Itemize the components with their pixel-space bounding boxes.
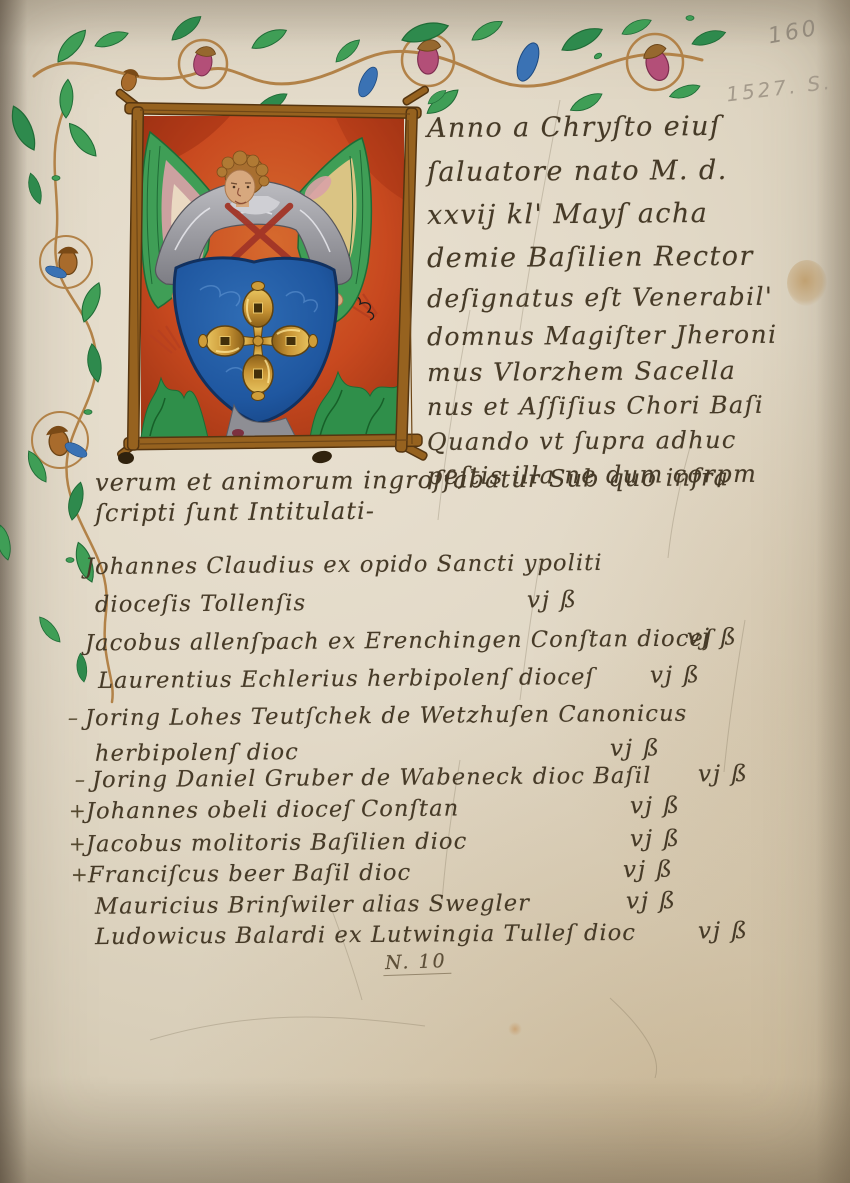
pink-bud-icon (641, 42, 675, 83)
pink-bud-icon (418, 40, 441, 74)
entry-text: dioceſis Tollenſis (95, 590, 306, 618)
entry-line: Laurentius Echlerius herbipolenſ dioceſ … (98, 664, 595, 694)
entry-text: Laurentius Echlerius herbipolenſ dioceſ (98, 664, 595, 694)
entry-text: Joring Daniel Gruber de Wabeneck dioc Ba… (92, 763, 652, 793)
heading-line: xxvij kl' Mayſ acha (427, 198, 708, 231)
fee-amount: vj ß (527, 587, 578, 613)
blue-flower-icon (513, 40, 544, 84)
entry-line: Ludowicus Balardi ex Lutwingia Tulleſ di… (95, 920, 636, 950)
floral-border-top (34, 13, 727, 118)
fee-amount: vj ß (630, 793, 681, 819)
entry-line: + Jacobus molitoris Baſilien dioc vj ß (86, 829, 468, 858)
heading-line: domnus Magiſter Jheroni (427, 320, 778, 351)
entry-text: Jacobus allenſpach ex Erenchingen Conſta… (85, 626, 714, 657)
heading-line: Anno a Chryſto eiuſ (427, 111, 721, 144)
heading-line: nus et Aſſiſius Chori Baſi (427, 391, 764, 421)
heading-line: ſaluatore nato M. d. (427, 155, 728, 188)
marginal-mark: – (75, 767, 86, 791)
entry-text: Ludowicus Balardi ex Lutwingia Tulleſ di… (95, 920, 636, 950)
fee-amount: vj ß (698, 918, 749, 944)
blue-flower-icon (355, 64, 382, 99)
entry-line: + Johannes obeli dioceſ Conſtan vj ß (86, 796, 459, 825)
entry-text: Joring Lohes Teutſchek de Wetzhuſen Cano… (85, 701, 688, 732)
marginal-cross: + (69, 798, 87, 822)
entry-line: dioceſis Tollenſis vj ß (95, 590, 306, 618)
heading-line: Quando vt ſupra adhuc (427, 426, 737, 456)
fee-amount: vj ß (626, 888, 677, 914)
heading-line: deſignatus eſt Venerabil' (427, 282, 773, 313)
fee-amount: vj ß (698, 761, 749, 787)
pink-bud-icon (192, 45, 217, 78)
entry-line: Mauricius Brinſwiler alias Swegler vj ß (95, 890, 530, 919)
entry-text: herbipolenſ dioc (95, 739, 299, 767)
vine-leaves (0, 79, 107, 682)
fee-amount: vj ß (650, 662, 701, 688)
entry-line: + Franciſcus beer Baſil dioc vj ß (88, 860, 412, 889)
fee-amount: vj ß (610, 735, 661, 761)
entry-text: Johannes Claudius ex opido Sancti ypolit… (85, 550, 603, 580)
entry-line: Jacobus allenſpach ex Erenchingen Conſta… (85, 626, 714, 657)
marginal-cross: + (69, 831, 87, 855)
entry-line: – Joring Daniel Gruber de Wabeneck dioc … (92, 763, 652, 793)
entry-text: Mauricius Brinſwiler alias Swegler (95, 890, 530, 919)
miniature (115, 85, 429, 464)
entry-line: Johannes Claudius ex opido Sancti ypolit… (85, 550, 603, 580)
vine-leaves (51, 13, 727, 118)
heading-line: demie Baſilien Rector (427, 241, 754, 274)
quire-mark: N. 10 (383, 950, 451, 976)
entry-line: – Joring Lohes Teutſchek de Wetzhuſen Ca… (85, 701, 688, 732)
entry-line: herbipolenſ dioc vj ß (95, 739, 299, 767)
fee-amount: vj ß (630, 826, 681, 852)
marginal-mark: – (68, 705, 79, 729)
intro-line: verum et animorum ingroſſabatur Sub quo … (95, 463, 729, 497)
entry-text: Franciſcus beer Baſil dioc (88, 860, 412, 889)
fee-amount: vj ß (623, 857, 674, 883)
fee-amount: vj ß (687, 624, 738, 650)
heading-line: mus Vlorzhem Sacella (427, 356, 736, 387)
entry-text: Johannes obeli dioceſ Conſtan (86, 796, 459, 825)
manuscript-page: 160 1527. S. Anno a Chryſto eiuſ ſaluato… (0, 0, 850, 1183)
marginal-cross: + (71, 862, 89, 886)
intro-line: ſcripti ſunt Intitulati- (95, 497, 375, 527)
entry-text: Jacobus molitoris Baſilien dioc (86, 829, 468, 858)
